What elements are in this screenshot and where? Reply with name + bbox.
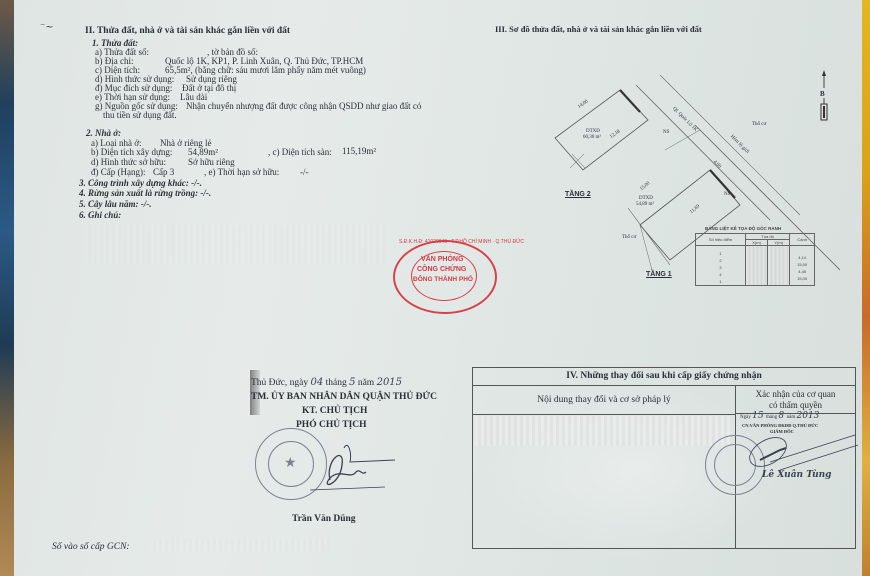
perennial-trees: 5. Cây lâu năm: -/-. xyxy=(79,199,152,209)
stamp-line-1: VĂN PHÒNG xyxy=(421,256,463,263)
stamp-line-2: CÔNG CHỨNG xyxy=(417,266,466,273)
section-3-title: III. Sơ đồ thửa đất, nhà ở và tài sản kh… xyxy=(495,24,702,34)
ns-label-1: NS xyxy=(663,128,669,138)
coord-points: 1 2 3 4 1 xyxy=(696,246,746,286)
floor-area-value: 115,19m² xyxy=(342,146,376,156)
floor-1-label: TẦNG 1 xyxy=(646,270,672,280)
floor-area-label: , c) Diện tích sàn: xyxy=(268,147,332,157)
use-origin-value-1: Nhận chuyển nhượng đất được công nhận QS… xyxy=(186,101,421,111)
edge-4: 15,00 xyxy=(791,275,813,282)
blurred-register-number xyxy=(150,538,330,552)
floor1-area: 54,89 m² xyxy=(636,200,654,210)
confirm-line-1: Xác nhận của cơ quan xyxy=(736,389,855,400)
stamp-line-3: ĐÔNG THÀNH PHỐ xyxy=(413,276,473,283)
role-vice-chairman: PHÓ CHỦ TỊCH xyxy=(296,420,367,430)
neighbor-label-top: Thổ cư xyxy=(752,120,766,130)
ownership-term-value: -/- xyxy=(300,167,309,177)
issue-date: Thủ Đức, ngày 04 tháng 5 năm 2015 xyxy=(251,378,402,388)
point-1: 1 xyxy=(697,250,744,257)
planted-forest: 4. Rừng sản xuất là rừng trồng: -/-. xyxy=(79,188,211,198)
edge-1: 4,14 xyxy=(791,254,813,261)
grade-value: Cấp 3 xyxy=(153,167,174,177)
coord-col-edge: Cạnh xyxy=(790,234,815,246)
section-4-title: IV. Những thay đổi sau khi cấp giấy chứn… xyxy=(473,368,855,386)
house-heading: 2. Nhà ở: xyxy=(86,128,121,138)
signature-tran-van-dung xyxy=(300,440,400,500)
issuing-authority: TM. ỦY BAN NHÂN DÂN QUẬN THỦ ĐỨC xyxy=(251,392,437,402)
use-origin-value-2: thu tiền sử dụng đất. xyxy=(103,110,177,120)
build-area-label: b) Diện tích xây dựng: xyxy=(91,147,172,157)
issue-year: 2015 xyxy=(377,377,402,388)
coord-table: Số hiệu điểm Tọa độ Cạnh X(m) Y(m) 1 2 3… xyxy=(695,233,815,286)
issue-month: 5 xyxy=(349,377,355,388)
issue-year-label: năm xyxy=(358,378,374,388)
issue-day: 04 xyxy=(311,377,324,388)
blurred-change-content xyxy=(475,416,730,446)
pen-mark: ⁻~ xyxy=(40,22,54,33)
coord-table-title: BẢNG LIỆT KÊ TỌA ĐỘ GÓC RANH xyxy=(705,226,781,231)
ownership-form-label: d) Hình thức sở hữu: xyxy=(91,157,166,167)
changes-col-content: Nội dung thay đổi và cơ sở pháp lý xyxy=(473,386,735,415)
build-area-value: 54,89m² xyxy=(188,147,218,157)
floor-2-label: TẦNG 2 xyxy=(565,190,591,200)
point-3: 3 xyxy=(697,264,744,271)
coord-col-point: Số hiệu điểm xyxy=(696,234,746,246)
point-2: 2 xyxy=(697,257,744,264)
confirm-date-prefix: Ngày xyxy=(740,415,751,420)
grade-label: đ) Cấp (Hạng): xyxy=(91,167,145,177)
notes-label: 6. Ghi chú: xyxy=(79,210,121,220)
confirm-year: 2013 xyxy=(797,411,820,421)
neighbor-label-bottom: Thổ cư xyxy=(622,233,636,243)
confirm-signer: Lê Xuân Tùng xyxy=(762,470,831,480)
notary-stamp: S.Đ.K.H.Đ: 41020040 · T.P.HỒ CHÍ MINH · … xyxy=(393,240,497,314)
stamp-ring-text: S.Đ.K.H.Đ: 41020040 · T.P.HỒ CHÍ MINH · … xyxy=(399,239,524,245)
signature-le-xuan-tung xyxy=(740,430,860,490)
point-4: 4 xyxy=(697,271,744,278)
blurred-notes xyxy=(85,225,385,265)
section-2-title: II. Thửa đất, nhà ở và tài sản khác gắn … xyxy=(85,26,290,36)
register-number-label: Số vào sổ cấp GCN: xyxy=(52,542,130,552)
role-chairman: KT. CHỦ TỊCH xyxy=(302,406,367,416)
point-5: 1 xyxy=(697,278,744,285)
ownership-form-value: Sở hữu riêng xyxy=(188,157,235,167)
other-construction: 3. Công trình xây dựng khác: -/-. xyxy=(79,178,202,188)
ns-label-2: NS xyxy=(724,190,730,200)
issue-month-label: tháng xyxy=(326,378,347,388)
signer-name: Trần Văn Dũng xyxy=(292,514,356,524)
floor2-area: 60,30 m² xyxy=(583,133,601,143)
coord-edges: 4,14 15,00 4,45 15,00 xyxy=(790,246,815,286)
star-icon: ★ xyxy=(284,455,297,472)
confirm-month: 8 xyxy=(778,411,784,421)
confirm-year-label: năm xyxy=(787,415,796,420)
changes-col-confirm: Xác nhận của cơ quan có thẩm quyền xyxy=(736,386,855,414)
edge-3: 4,45 xyxy=(791,268,813,275)
confirm-day: 15 xyxy=(752,411,763,421)
coord-x-blurred xyxy=(746,246,768,286)
ownership-term-label: , e) Thời hạn sở hữu: xyxy=(204,167,279,177)
edge-2: 15,00 xyxy=(791,261,813,268)
confirm-line-2: có thẩm quyền xyxy=(736,400,855,411)
coord-y-blurred xyxy=(768,246,790,286)
confirm-month-label: tháng xyxy=(766,415,777,420)
